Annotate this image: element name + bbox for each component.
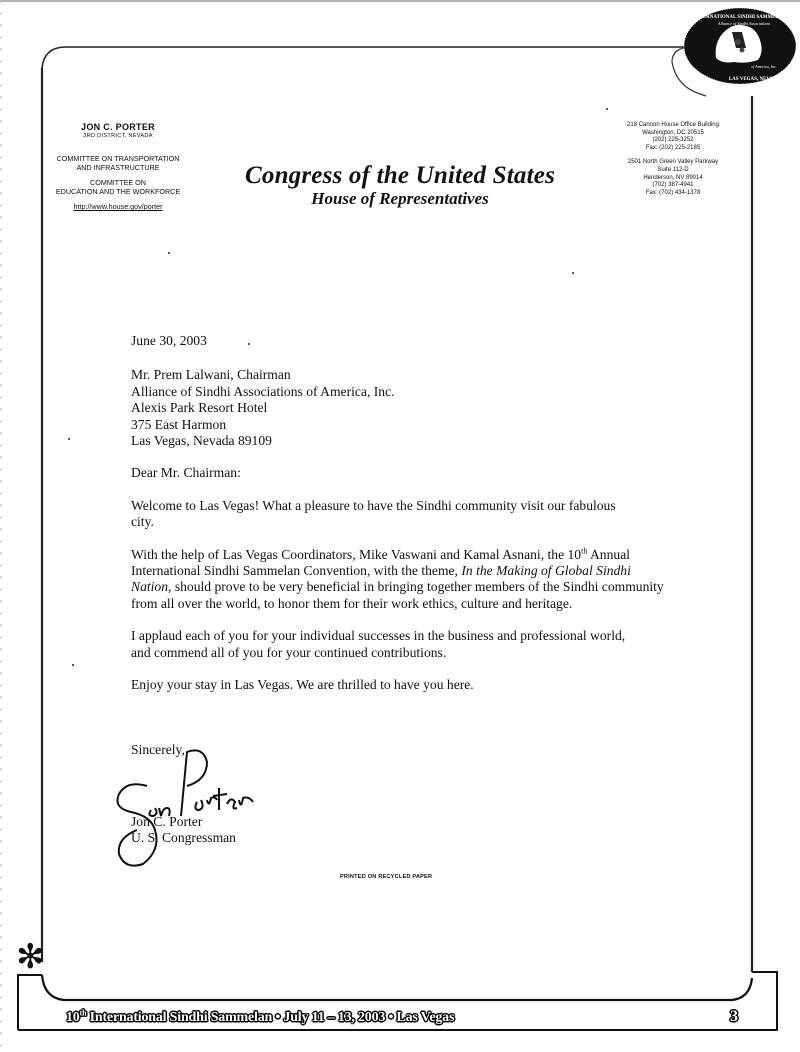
recycled-paper-note: PRINTED ON RECYCLED PAPER (340, 874, 432, 880)
signer-name: Jon C. Porter (131, 814, 202, 830)
signer-title: U. S. Congressman (131, 830, 236, 846)
svg-text:Alliance of Sindhi Association: Alliance of Sindhi Associations (717, 21, 771, 26)
congressional-district: 3RD DISTRICT, NEVADA (2, 132, 234, 141)
scan-speck (72, 664, 74, 666)
letter-date: June 30, 2003 (131, 333, 671, 349)
recipient-address: Mr. Prem Lalwani, Chairman Alliance of S… (131, 367, 671, 449)
footer-event-banner: 10th International Sindhi Sammelan • Jul… (66, 1010, 454, 1026)
paragraph-welcome: Welcome to Las Vegas! What a pleasure to… (131, 498, 616, 531)
svg-text:INTERNATIONAL SINDHI SAMMELAN: INTERNATIONAL SINDHI SAMMELAN (694, 15, 787, 20)
website-link[interactable]: http://www.house.gov/porter (2, 202, 234, 211)
paragraph-convention: With the help of Las Vegas Coordinators,… (131, 547, 671, 613)
scan-speck (68, 438, 70, 440)
paragraph-enjoy: Enjoy your stay in Las Vegas. We are thr… (131, 677, 671, 693)
letterhead-left: JON C. PORTER 3RD DISTRICT, NEVADA COMMI… (2, 122, 234, 211)
svg-text:LAS VEGAS, NEVADA 2003: LAS VEGAS, NEVADA 2003 (729, 77, 792, 82)
letter-body: June 30, 2003 Mr. Prem Lalwani, Chairman… (131, 333, 671, 694)
seal-emblem-icon: INTERNATIONAL SINDHI SAMMELAN Alliance o… (676, 2, 800, 98)
letterhead-title: Congress of the United States House of R… (230, 163, 570, 209)
handwritten-signature-icon (107, 746, 287, 876)
committee-transportation: COMMITTEE ON TRANSPORTATION AND INFRASTR… (2, 154, 234, 172)
dc-office-address: 218 Cannon House Office Building Washing… (598, 122, 748, 152)
nv-office-address: 2501 North Green Valley Parkway Suite 11… (598, 159, 748, 197)
sammelan-seal: INTERNATIONAL SINDHI SAMMELAN Alliance o… (676, 2, 800, 98)
letterhead-right: 218 Cannon House Office Building Washing… (598, 122, 748, 204)
scan-speck (168, 252, 170, 254)
committee-education: COMMITTEE ON EDUCATION AND THE WORKFORCE (2, 178, 234, 196)
scan-speck (606, 108, 608, 110)
signature-block: Sincerely, Jon C. Porter U. S. Congressm… (131, 742, 371, 872)
scan-speck (248, 343, 250, 345)
congress-title: Congress of the United States (230, 163, 570, 189)
page-number: 3 (730, 1008, 738, 1026)
congressman-name: JON C. PORTER (2, 122, 234, 132)
asterisk-ornament-icon: ✻ (16, 940, 45, 974)
salutation: Dear Mr. Chairman: (131, 465, 671, 481)
scan-speck (572, 272, 574, 274)
house-subtitle: House of Representatives (230, 189, 570, 209)
paragraph-applaud: I applaud each of you for your individua… (131, 628, 631, 661)
